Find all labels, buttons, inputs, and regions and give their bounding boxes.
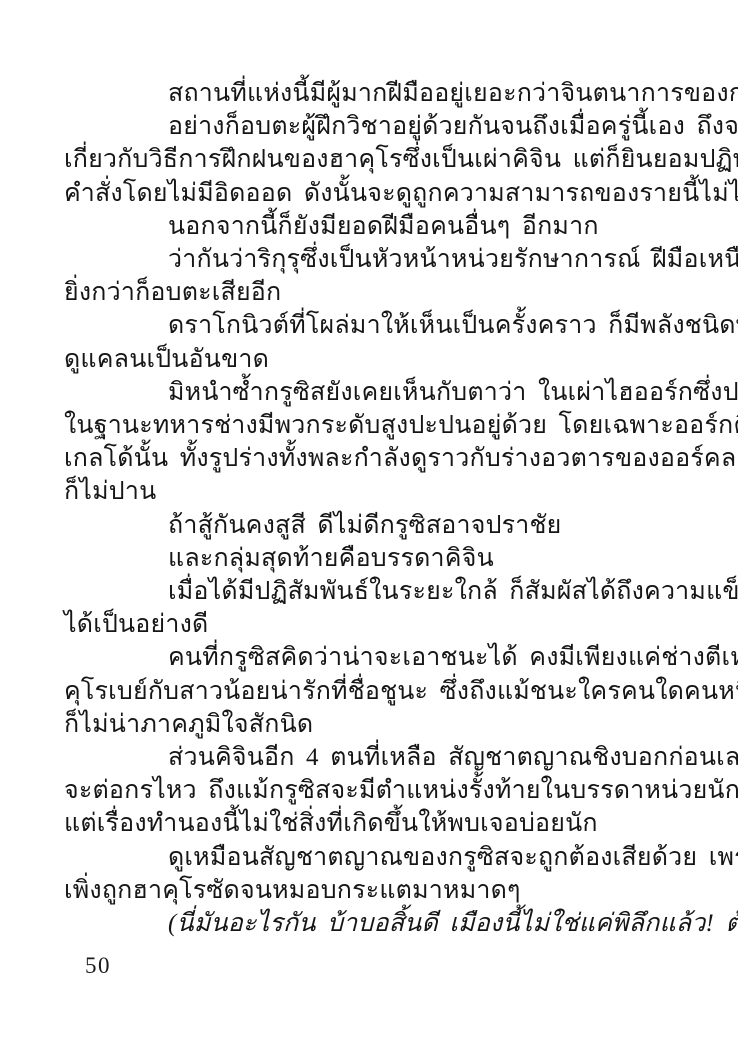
text-line: ส่วนคิจินอีก 4 ตนที่เหลือ สัญชาตญาณชิงบอ… — [64, 741, 662, 774]
text-line: คุโรเบย์กับสาวน้อยน่ารักที่ชื่อชูนะ ซึ่ง… — [64, 675, 662, 708]
text-line: คนที่กรูซิสคิดว่าน่าจะเอาชนะได้ คงมีเพีย… — [64, 641, 662, 674]
text-line: จะต่อกรไหว ถึงแม้กรูซิสจะมีตำแหน่งรั้งท้… — [64, 774, 662, 807]
text-line: เกลโด้นั้น ทั้งรูปร่างทั้งพละกำลังดูราวก… — [64, 442, 662, 475]
text-line: และกลุ่มสุดท้ายคือบรรดาคิจิน — [64, 542, 662, 575]
text-line: อย่างก็อบตะผู้ฝึกวิชาอยู่ด้วยกันจนถึงเมื… — [64, 110, 662, 143]
text-line: ว่ากันว่าริกุรุซึ่งเป็นหัวหน้าหน่วยรักษา… — [64, 243, 662, 276]
text-line: เพิ่งถูกฮาคุโรซัดจนหมอบกระแตมาหมาดๆ — [64, 874, 662, 907]
page-number: 50 — [85, 953, 111, 979]
text-line: ก็ไม่ปาน — [64, 475, 662, 508]
text-line: ก็ไม่น่าภาคภูมิใจสักนิด — [64, 708, 662, 741]
body-text: สถานที่แห่งนี้มีผู้มากฝีมืออยู่เยอะกว่าจ… — [64, 77, 662, 940]
text-line: ได้เป็นอย่างดี — [64, 608, 662, 641]
text-line: คำสั่งโดยไม่มีอิดออด ดังนั้นจะดูถูกความส… — [64, 177, 662, 210]
text-line: มิหนำซ้ำกรูซิสยังเคยเห็นกับตาว่า ในเผ่าไ… — [64, 376, 662, 409]
text-line: ในฐานะทหารช่างมีพวกระดับสูงปะปนอยู่ด้วย … — [64, 409, 662, 442]
text-line: ยิ่งกว่าก็อบตะเสียอีก — [64, 276, 662, 309]
book-page: สถานที่แห่งนี้มีผู้มากฝีมืออยู่เยอะกว่าจ… — [0, 0, 738, 1051]
text-line: ถ้าสู้กันคงสูสี ดีไม่ดีกรูซิสอาจปราชัย — [64, 509, 662, 542]
text-line: นอกจากนี้ก็ยังมียอดฝีมือคนอื่นๆ อีกมาก — [64, 210, 662, 243]
text-line: ดูเหมือนสัญชาตญาณของกรูซิสจะถูกต้องเสียด… — [64, 841, 662, 874]
text-line: เมื่อได้มีปฏิสัมพันธ์ในระยะใกล้ ก็สัมผัส… — [64, 575, 662, 608]
text-line: สถานที่แห่งนี้มีผู้มากฝีมืออยู่เยอะกว่าจ… — [64, 77, 662, 110]
text-line: (นี่มันอะไรกัน บ้าบอสิ้นดี เมืองนี้ไม่ใช… — [64, 907, 662, 940]
text-line: เกี่ยวกับวิธีการฝึกฝนของฮาคุโรซึ่งเป็นเผ… — [64, 143, 662, 176]
text-line: แต่เรื่องทำนองนี้ไม่ใช่สิ่งที่เกิดขึ้นให… — [64, 807, 662, 840]
text-line: ดราโกนิวต์ที่โผล่มาให้เห็นเป็นครั้งคราว … — [64, 309, 662, 342]
text-line: ดูแคลนเป็นอันขาด — [64, 343, 662, 376]
